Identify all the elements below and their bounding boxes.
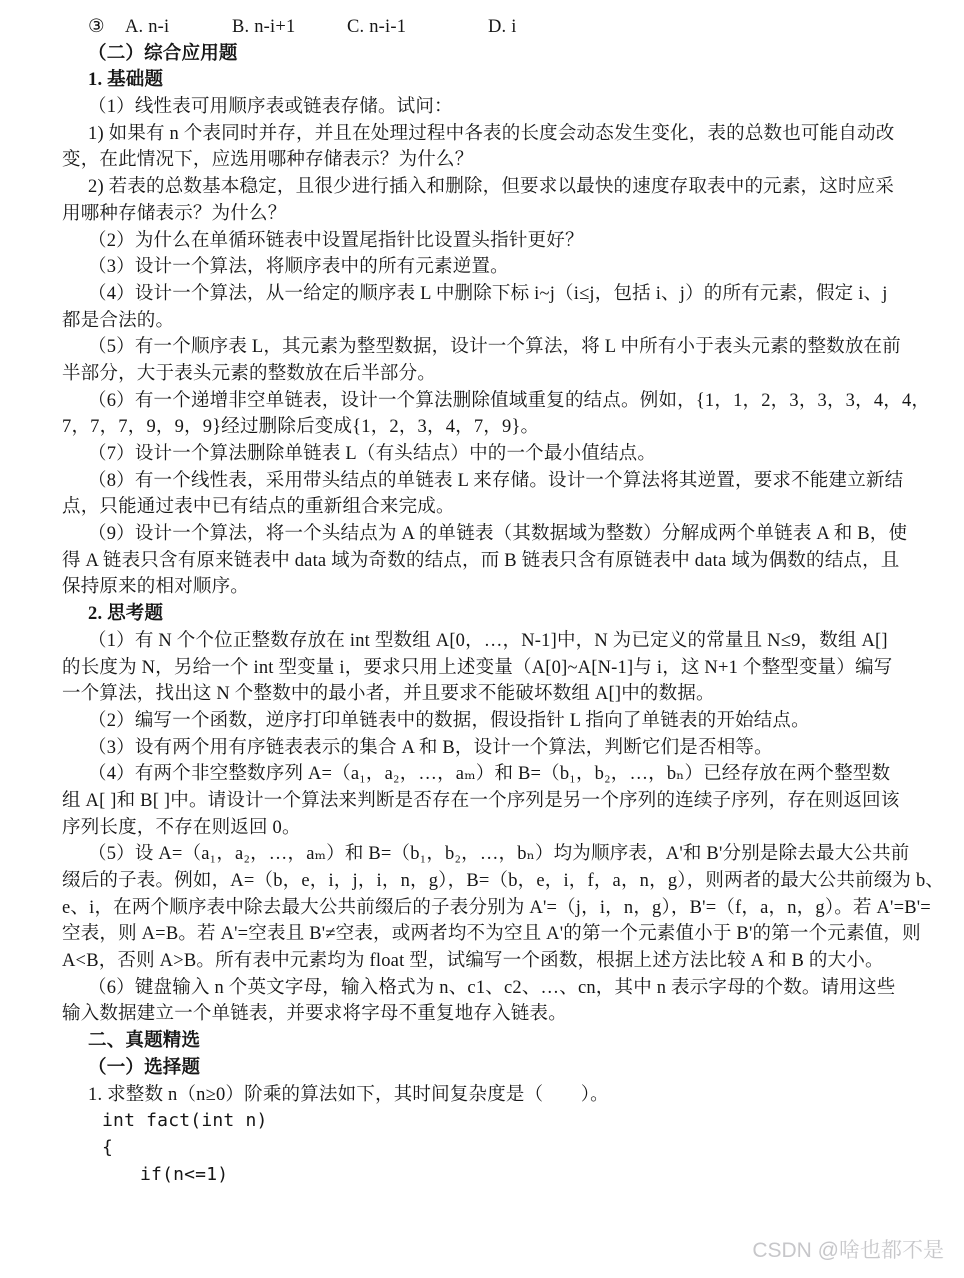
paragraph-line: 的长度为 N，另给一个 int 型变量 i，要求只用上述变量（A[0]~A[N-… [62,655,942,682]
paragraph-line: 半部分，大于表头元素的整数放在后半部分。 [62,361,942,388]
watermark: CSDN @啥也都不是 [752,1234,944,1264]
paragraph-line: （6）有一个递增非空单链表，设计一个算法删除值域重复的结点。例如，{1，1，2，… [62,388,942,415]
section-heading: 2. 思考题 [62,601,942,628]
paragraph-line: （1）有 N 个个位正整数存放在 int 型数组 A[0，…，N-1]中，N 为… [62,628,942,655]
paragraph-line: 序列长度，不存在则返回 0。 [62,815,942,842]
paragraph-line: （4）有两个非空整数序列 A=（a₁，a₂，…，aₘ）和 B=（b₁，b₂，…，… [62,761,942,788]
paragraph-line: （3）设计一个算法，将顺序表中的所有元素逆置。 [62,254,942,281]
paragraph-line: 都是合法的。 [62,308,942,335]
paragraph-line: e、i，在两个顺序表中除去最大公共前缀后的子表分别为 A'=（j，i，n，g），… [62,895,942,922]
paragraph-line: 用哪种存储表示？为什么？ [62,201,942,228]
paragraph-line: （3）设有两个用有序链表表示的集合 A 和 B，设计一个算法，判断它们是否相等。 [62,735,942,762]
paragraph-line: 1) 如果有 n 个表同时并存，并且在处理过程中各表的长度会动态发生变化，表的总… [62,121,942,148]
paragraph-line: 保持原来的相对顺序。 [62,574,942,601]
paragraph-line: （1）线性表可用顺序表或链表存储。试问： [62,94,942,121]
choice-option: C. n-i-1 [347,14,488,41]
paragraph-line: 7，7，7，9，9，9}经过删除后变成{1，2，3，4，7，9}。 [62,414,942,441]
paragraph-line: 输入数据建立一个单链表，并要求将字母不重复地存入链表。 [62,1001,942,1028]
choice-option: D. i [488,14,517,41]
paragraph-line: （5）设 A=（a₁，a₂，…，aₘ）和 B=（b₁，b₂，…，bₙ）均为顺序表… [62,841,942,868]
question-number: ③ [88,14,125,41]
section-heading: （二）综合应用题 [62,41,942,68]
text-block: ③A. n-iB. n-i+1C. n-i-1D. i（二）综合应用题1. 基础… [62,14,942,1188]
paragraph-line: 缀后的子表。例如，A=（b，e，i，j，i，n，g），B=（b，e，i，f，a，… [62,868,942,895]
code-line: { [62,1135,942,1162]
document-page: ③A. n-iB. n-i+1C. n-i-1D. i（二）综合应用题1. 基础… [0,0,964,1278]
choice-option: B. n-i+1 [232,14,347,41]
options-line: ③A. n-iB. n-i+1C. n-i-1D. i [62,14,942,41]
paragraph-line: （7）设计一个算法删除单链表 L（有头结点）中的一个最小值结点。 [62,441,942,468]
paragraph-line: （2）为什么在单循环链表中设置尾指针比设置头指针更好？ [62,228,942,255]
paragraph-line: 1. 求整数 n（n≥0）阶乘的算法如下，其时间复杂度是（ ）。 [62,1082,942,1109]
paragraph-line: 2) 若表的总数基本稳定，且很少进行插入和删除，但要求以最快的速度存取表中的元素… [62,174,942,201]
paragraph-line: 变，在此情况下，应选用哪种存储表示？为什么？ [62,147,942,174]
section-heading: （一）选择题 [62,1055,942,1082]
paragraph-line: A<B，否则 A>B。所有表中元素均为 float 型，试编写一个函数，根据上述… [62,948,942,975]
code-line: if(n<=1) [62,1162,942,1189]
section-heading: 二、真题精选 [62,1028,942,1055]
section-heading: 1. 基础题 [62,67,942,94]
paragraph-line: （5）有一个顺序表 L，其元素为整型数据，设计一个算法，将 L 中所有小于表头元… [62,334,942,361]
code-line: int fact(int n) [62,1108,942,1135]
paragraph-line: （9）设计一个算法，将一个头结点为 A 的单链表（其数据域为整数）分解成两个单链… [62,521,942,548]
paragraph-line: （4）设计一个算法，从一给定的顺序表 L 中删除下标 i~j（i≤j，包括 i、… [62,281,942,308]
paragraph-line: 组 A[ ]和 B[ ]中。请设计一个算法来判断是否存在一个序列是另一个序列的连… [62,788,942,815]
paragraph-line: （6）键盘输入 n 个英文字母，输入格式为 n、c1、c2、…、cn，其中 n … [62,975,942,1002]
choice-option: A. n-i [125,14,232,41]
paragraph-line: 空表，则 A=B。若 A'=空表且 B'≠空表，或两者均不为空且 A'的第一个元… [62,921,942,948]
paragraph-line: 一个算法，找出这 N 个整数中的最小者，并且要求不能破坏数组 A[]中的数据。 [62,681,942,708]
paragraph-line: 点，只能通过表中已有结点的重新组合来完成。 [62,494,942,521]
paragraph-line: 得 A 链表只含有原来链表中 data 域为奇数的结点，而 B 链表只含有原链表… [62,548,942,575]
paragraph-line: （8）有一个线性表，采用带头结点的单链表 L 来存储。设计一个算法将其逆置，要求… [62,468,942,495]
paragraph-line: （2）编写一个函数，逆序打印单链表中的数据，假设指针 L 指向了单链表的开始结点… [62,708,942,735]
